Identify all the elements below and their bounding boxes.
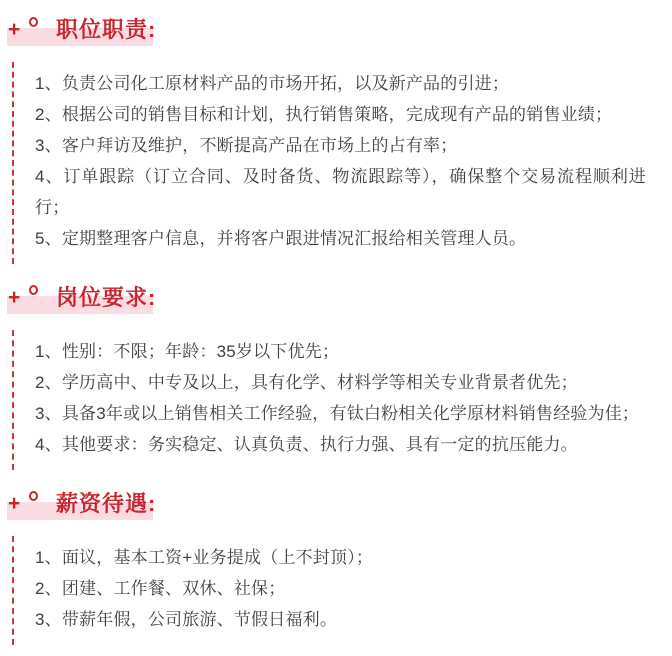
section-requirements: + 岗位要求: 1、性别：不限；年龄：35岁以下优先； 2、学历高中、中专及以上…: [0, 284, 672, 470]
list-item: 1、性别：不限；年龄：35岁以下优先；: [35, 336, 646, 367]
section-header: + 薪资待遇:: [0, 490, 672, 518]
section-header: + 职位职责:: [0, 16, 672, 44]
list-item: 3、带薪年假，公司旅游、节假日福利。: [35, 604, 646, 635]
section-title: 岗位要求:: [56, 285, 156, 311]
list-item: 2、学历高中、中专及以上，具有化学、材料学等相关专业背景者优先；: [35, 367, 646, 398]
item-list: 1、负责公司化工原材料产品的市场开拓，以及新产品的引进； 2、根据公司的销售目标…: [12, 62, 672, 264]
list-item: 1、面议，基本工资+业务提成（上不封顶）；: [35, 542, 646, 573]
list-item: 3、具备3年或以上销售相关工作经验，有钛白粉相关化学原材料销售经验为佳；: [35, 398, 646, 429]
list-item: 4、其他要求：务实稳定、认真负责、执行力强、具有一定的抗压能力。: [35, 429, 646, 460]
section-responsibilities: + 职位职责: 1、负责公司化工原材料产品的市场开拓，以及新产品的引进； 2、根…: [0, 16, 672, 264]
list-item: 1、负责公司化工原材料产品的市场开拓，以及新产品的引进；: [35, 68, 646, 99]
degree-circle-icon: [29, 17, 38, 27]
plus-icon: +: [8, 19, 20, 41]
list-item: 4、订单跟踪（订立合同、及时备货、物流跟踪等），确保整个交易流程顺利进行；: [35, 161, 646, 223]
job-posting-page: + 职位职责: 1、负责公司化工原材料产品的市场开拓，以及新产品的引进； 2、根…: [0, 0, 672, 656]
section-title: 职位职责:: [56, 17, 156, 43]
section-header: + 岗位要求:: [0, 284, 672, 312]
list-item: 5、定期整理客户信息，并将客户跟进情况汇报给相关管理人员。: [35, 223, 646, 254]
list-item: 2、根据公司的销售目标和计划，执行销售策略，完成现有产品的销售业绩；: [35, 99, 646, 130]
section-salary: + 薪资待遇: 1、面议，基本工资+业务提成（上不封顶）； 2、团建、工作餐、双…: [0, 490, 672, 645]
degree-circle-icon: [29, 491, 38, 501]
plus-icon: +: [8, 287, 20, 309]
list-item: 3、客户拜访及维护，不断提高产品在市场上的占有率；: [35, 130, 646, 161]
section-title: 薪资待遇:: [56, 491, 156, 517]
item-list: 1、性别：不限；年龄：35岁以下优先； 2、学历高中、中专及以上，具有化学、材料…: [12, 330, 672, 470]
item-list: 1、面议，基本工资+业务提成（上不封顶）； 2、团建、工作餐、双休、社保； 3、…: [12, 536, 672, 645]
plus-icon: +: [8, 493, 20, 515]
degree-circle-icon: [29, 285, 38, 295]
list-item: 2、团建、工作餐、双休、社保；: [35, 573, 646, 604]
